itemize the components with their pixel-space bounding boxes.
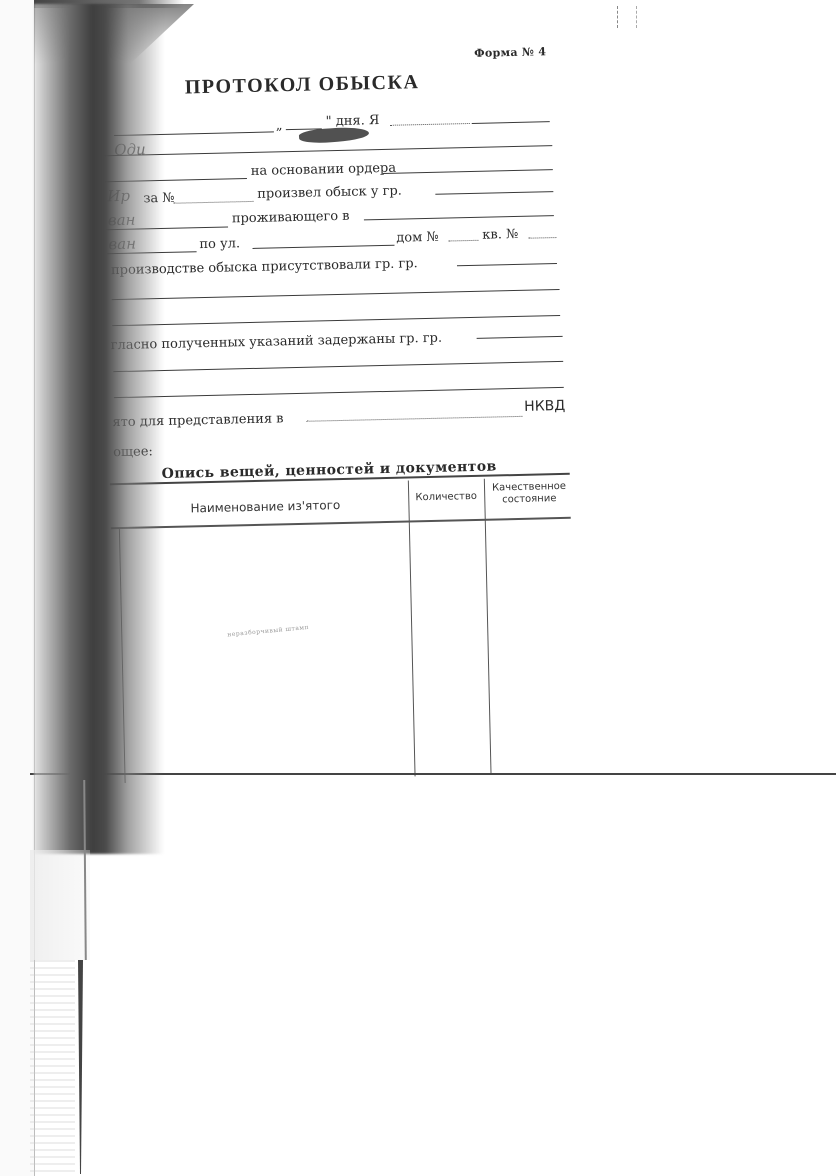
column-divider [408, 480, 416, 776]
binding-shadow [34, 4, 164, 854]
detained-blank [477, 336, 563, 339]
detained-blank-3 [114, 387, 564, 398]
detained-blank-2 [113, 361, 563, 372]
taken-for-blank [306, 416, 522, 422]
street-blank [253, 245, 395, 249]
column-header-condition: Качественное состояние [490, 481, 569, 507]
officer-line [104, 145, 552, 156]
officer-name-blank [390, 123, 470, 126]
house-no-blank [448, 240, 478, 242]
date-label: " дня. Я [326, 113, 380, 129]
table-header-divider [111, 517, 571, 529]
agency-label: НКВД [524, 398, 565, 415]
citizen-name-blank [435, 191, 553, 195]
binding-shadow-lower [30, 850, 90, 960]
apt-no-label: кв. № [482, 227, 518, 243]
scan-noise [30, 960, 75, 1174]
officer-name-blank-2 [472, 121, 550, 124]
inventory-table: Наименование из'ятого Количество Качеств… [110, 473, 577, 783]
column-header-quantity: Количество [408, 491, 484, 504]
order-blank [383, 169, 553, 174]
witnesses-blank-2 [112, 289, 560, 300]
order-basis-label: на основании ордера [251, 161, 397, 179]
date-suffix: дня. Я [336, 113, 380, 129]
street-label: по ул. [199, 236, 240, 252]
search-of-label: произвел обыск у гр. [257, 184, 402, 202]
form-number: Форма № 4 [474, 45, 546, 60]
date-quote-close: " [326, 114, 332, 129]
date-quote-open: „ [276, 118, 283, 133]
house-no-label: дом № [396, 230, 439, 246]
order-number-blank [173, 201, 253, 204]
residing-blank [364, 215, 554, 220]
apt-no-blank [528, 237, 556, 239]
witnesses-blank-3 [112, 315, 560, 326]
page-title: ПРОТОКОЛ ОБЫСКА [185, 71, 420, 99]
residing-in-label: проживающего в [232, 209, 350, 227]
column-divider [484, 479, 492, 775]
witnesses-blank [457, 263, 557, 266]
column-header-item-name: Наименование из'ятого [130, 497, 400, 517]
